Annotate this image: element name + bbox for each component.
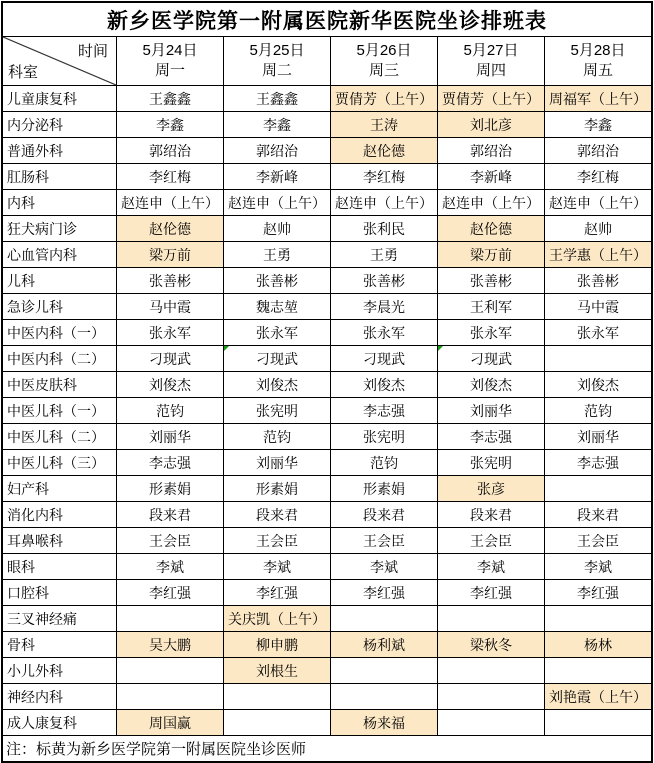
schedule-cell: 范钧	[544, 398, 651, 423]
doctor-name: 王学惠（上午）	[549, 245, 647, 265]
schedule-cell: 形素娟	[223, 476, 330, 501]
schedule-cell: 形素娟	[116, 476, 223, 501]
schedule-cell: 刘俊杰	[223, 372, 330, 397]
doctor-name: 张善彬	[363, 271, 405, 291]
department-cell: 中医内科（一）	[3, 320, 116, 345]
schedule-cell	[223, 710, 330, 735]
doctor-name: 范钧	[370, 453, 398, 473]
schedule-cell: 范钧	[116, 398, 223, 423]
schedule-cell: 刘艳霞（上午）	[544, 684, 651, 709]
schedule-cell	[437, 658, 544, 683]
doctor-name: 张善彬	[256, 271, 298, 291]
doctor-name: 刘俊杰	[470, 375, 512, 395]
doctor-name: 王勇	[263, 245, 291, 265]
header-date-cell: 5月27日周四	[437, 37, 544, 85]
table-row: 口腔科李红强李红强李红强李红强李红强	[3, 579, 651, 605]
corner-time-label: 时间	[78, 40, 108, 61]
schedule-cell: 李志强	[116, 450, 223, 475]
doctor-name: 张永军	[470, 323, 512, 343]
schedule-cell: 李红梅	[116, 164, 223, 189]
schedule-cell: 张宪明	[223, 398, 330, 423]
schedule-cell: 王会臣	[116, 528, 223, 553]
doctor-name: 郭绍治	[577, 141, 619, 161]
doctor-name: 王鑫鑫	[149, 89, 191, 109]
doctor-name: 李晨光	[363, 297, 405, 317]
table-row: 耳鼻喉科王会臣王会臣王会臣王会臣王会臣	[3, 527, 651, 553]
doctor-name: 段来君	[577, 505, 619, 525]
header-date: 5月25日	[249, 41, 304, 61]
header-date-cell: 5月25日周二	[223, 37, 330, 85]
schedule-cell: 张利民	[330, 216, 437, 241]
doctor-name: 周福军（上午）	[549, 89, 647, 109]
department-cell: 肛肠科	[3, 164, 116, 189]
doctor-name: 张宪明	[470, 453, 512, 473]
schedule-cell: 张善彬	[116, 268, 223, 293]
doctor-name: 梁万前	[470, 245, 512, 265]
schedule-cell: 刘俊杰	[437, 372, 544, 397]
schedule-cell	[116, 606, 223, 631]
doctor-name: 赵连申（上午）	[335, 193, 433, 213]
header-weekday: 周一	[155, 61, 185, 81]
department-cell: 中医皮肤科	[3, 372, 116, 397]
doctor-name: 赵连申（上午）	[442, 193, 540, 213]
header-weekday: 周四	[476, 61, 506, 81]
doctor-name: 王勇	[370, 245, 398, 265]
schedule-cell: 杨林	[544, 632, 651, 657]
doctor-name: 李斌	[584, 557, 612, 577]
department-cell: 中医内科（二）	[3, 346, 116, 371]
schedule-cell: 刁现武	[437, 346, 544, 371]
schedule-cell: 关庆凯（上午）	[223, 606, 330, 631]
department-cell: 中医儿科（一）	[3, 398, 116, 423]
table-row: 狂犬病门诊赵伦德赵帅张利民赵伦德赵帅	[3, 215, 651, 241]
schedule-cell: 赵连申（上午）	[330, 190, 437, 215]
doctor-name: 王会臣	[363, 531, 405, 551]
doctor-name: 赵伦德	[470, 219, 512, 239]
schedule-cell: 李鑫	[223, 112, 330, 137]
schedule-cell: 王鑫鑫	[116, 86, 223, 111]
table-row: 成人康复科周国赢杨来福	[3, 709, 651, 735]
doctor-name: 吴大鹏	[149, 635, 191, 655]
schedule-cell	[437, 684, 544, 709]
header-row: 时间 科室 5月24日周一5月25日周二5月26日周三5月27日周四5月28日周…	[3, 36, 651, 85]
corner-cell: 时间 科室	[3, 37, 116, 85]
table-row: 妇产科形素娟形素娟形素娟张彦	[3, 475, 651, 501]
table-row: 普通外科郭绍治郭绍治赵伦德郭绍治郭绍治	[3, 137, 651, 163]
doctor-name: 张善彬	[577, 271, 619, 291]
doctor-name: 赵帅	[263, 219, 291, 239]
error-marker-icon	[224, 346, 229, 351]
schedule-cell: 郭绍治	[223, 138, 330, 163]
doctor-name: 李斌	[263, 557, 291, 577]
schedule-cell: 王勇	[223, 242, 330, 267]
schedule-cell: 李新峰	[223, 164, 330, 189]
doctor-name: 李志强	[149, 453, 191, 473]
schedule-cell	[544, 476, 651, 501]
schedule-cell	[437, 606, 544, 631]
doctor-name: 李红强	[256, 583, 298, 603]
doctor-name: 王会臣	[256, 531, 298, 551]
schedule-cell: 赵连申（上午）	[223, 190, 330, 215]
schedule-cell: 王利军	[437, 294, 544, 319]
schedule-cell: 刘俊杰	[330, 372, 437, 397]
doctor-name: 刘丽华	[256, 453, 298, 473]
schedule-cell: 段来君	[223, 502, 330, 527]
schedule-cell: 刘根生	[223, 658, 330, 683]
doctor-name: 刘俊杰	[256, 375, 298, 395]
schedule-cell: 张宪明	[437, 450, 544, 475]
schedule-cell	[223, 684, 330, 709]
schedule-cell	[544, 606, 651, 631]
header-date-cell: 5月24日周一	[116, 37, 223, 85]
doctor-name: 周国赢	[149, 713, 191, 733]
doctor-name: 刘俊杰	[149, 375, 191, 395]
doctor-name: 李斌	[156, 557, 184, 577]
schedule-cell: 段来君	[116, 502, 223, 527]
schedule-cell: 赵帅	[544, 216, 651, 241]
schedule-cell: 贾倩芳（上午）	[330, 86, 437, 111]
doctor-name: 形素娟	[149, 479, 191, 499]
schedule-cell: 吴大鹏	[116, 632, 223, 657]
table-row: 心血管内科梁万前王勇王勇梁万前王学惠（上午）	[3, 241, 651, 267]
doctor-name: 形素娟	[363, 479, 405, 499]
schedule-cell: 梁秋冬	[437, 632, 544, 657]
doctor-name: 郭绍治	[149, 141, 191, 161]
doctor-name: 李斌	[477, 557, 505, 577]
table-row: 中医皮肤科刘俊杰刘俊杰刘俊杰刘俊杰刘俊杰	[3, 371, 651, 397]
table-row: 肛肠科李红梅李新峰李红梅李新峰李红梅	[3, 163, 651, 189]
schedule-cell	[330, 684, 437, 709]
schedule-cell: 张永军	[116, 320, 223, 345]
schedule-cell: 王会臣	[544, 528, 651, 553]
schedule-cell	[544, 346, 651, 371]
schedule-cell: 王会臣	[223, 528, 330, 553]
schedule-cell: 段来君	[544, 502, 651, 527]
doctor-name: 李红梅	[577, 167, 619, 187]
doctor-name: 刁现武	[363, 349, 405, 369]
table-row: 中医儿科（三）李志强刘丽华范钧张宪明李志强	[3, 449, 651, 475]
schedule-cell: 李志强	[437, 424, 544, 449]
table-row: 消化内科段来君段来君段来君段来君段来君	[3, 501, 651, 527]
schedule-cell: 张彦	[437, 476, 544, 501]
schedule-cell: 王勇	[330, 242, 437, 267]
doctor-name: 范钧	[263, 427, 291, 447]
schedule-cell: 刁现武	[223, 346, 330, 371]
header-weekday: 周三	[369, 61, 399, 81]
doctor-name: 贾倩芳（上午）	[442, 89, 540, 109]
doctor-name: 李志强	[363, 401, 405, 421]
table-row: 内科赵连申（上午）赵连申（上午）赵连申（上午）赵连申（上午）赵连申（上午）	[3, 189, 651, 215]
schedule-cell: 李晨光	[330, 294, 437, 319]
doctor-name: 杨林	[584, 635, 612, 655]
schedule-cell: 李红梅	[544, 164, 651, 189]
schedule-cell: 杨利斌	[330, 632, 437, 657]
doctor-name: 张宪明	[363, 427, 405, 447]
schedule-cell: 李红强	[223, 580, 330, 605]
doctor-name: 王利军	[470, 297, 512, 317]
schedule-cell: 王学惠（上午）	[544, 242, 651, 267]
department-cell: 眼科	[3, 554, 116, 579]
schedule-cell	[544, 658, 651, 683]
department-cell: 心血管内科	[3, 242, 116, 267]
schedule-cell: 李斌	[330, 554, 437, 579]
doctor-name: 柳申鹏	[256, 635, 298, 655]
doctor-name: 贾倩芳（上午）	[335, 89, 433, 109]
schedule-cell: 马中霞	[116, 294, 223, 319]
schedule-cell: 贾倩芳（上午）	[437, 86, 544, 111]
header-date: 5月28日	[570, 41, 625, 61]
table-row: 眼科李斌李斌李斌李斌李斌	[3, 553, 651, 579]
corner-dept-label: 科室	[8, 61, 38, 82]
table-row: 神经内科刘艳霞（上午）	[3, 683, 651, 709]
schedule-cell: 赵连申（上午）	[116, 190, 223, 215]
schedule-cell	[116, 684, 223, 709]
schedule-cell: 李红梅	[330, 164, 437, 189]
schedule-cell: 刁现武	[330, 346, 437, 371]
schedule-cell: 周国赢	[116, 710, 223, 735]
schedule-cell: 李新峰	[437, 164, 544, 189]
schedule-cell: 张善彬	[223, 268, 330, 293]
error-marker-icon	[438, 346, 443, 351]
department-cell: 普通外科	[3, 138, 116, 163]
schedule-cell: 张永军	[437, 320, 544, 345]
table-row: 儿童康复科王鑫鑫王鑫鑫贾倩芳（上午）贾倩芳（上午）周福军（上午）	[3, 85, 651, 111]
doctor-name: 郭绍治	[470, 141, 512, 161]
doctor-name: 王涛	[370, 115, 398, 135]
doctor-name: 赵伦德	[363, 141, 405, 161]
department-cell: 急诊儿科	[3, 294, 116, 319]
header-date-cell: 5月26日周三	[330, 37, 437, 85]
doctor-name: 梁秋冬	[470, 635, 512, 655]
table-body: 儿童康复科王鑫鑫王鑫鑫贾倩芳（上午）贾倩芳（上午）周福军（上午）内分泌科李鑫李鑫…	[3, 85, 651, 735]
header-weekday: 周五	[583, 61, 613, 81]
schedule-cell: 张善彬	[330, 268, 437, 293]
schedule-cell	[437, 710, 544, 735]
header-date: 5月27日	[463, 41, 518, 61]
doctor-name: 赵连申（上午）	[228, 193, 326, 213]
schedule-cell: 段来君	[330, 502, 437, 527]
doctor-name: 李红强	[577, 583, 619, 603]
department-cell: 小儿外科	[3, 658, 116, 683]
schedule-cell: 王会臣	[330, 528, 437, 553]
table-row: 内分泌科李鑫李鑫王涛刘北彦李鑫	[3, 111, 651, 137]
doctor-name: 张利民	[363, 219, 405, 239]
doctor-name: 刘俊杰	[577, 375, 619, 395]
schedule-cell: 李鑫	[116, 112, 223, 137]
department-cell: 耳鼻喉科	[3, 528, 116, 553]
schedule-cell: 李红强	[116, 580, 223, 605]
schedule-cell: 刘丽华	[544, 424, 651, 449]
schedule-cell: 李志强	[544, 450, 651, 475]
schedule-cell: 李斌	[223, 554, 330, 579]
doctor-name: 范钧	[156, 401, 184, 421]
doctor-name: 刘北彦	[470, 115, 512, 135]
doctor-name: 李志强	[470, 427, 512, 447]
schedule-cell: 刘丽华	[223, 450, 330, 475]
schedule-cell: 刁现武	[116, 346, 223, 371]
department-cell: 消化内科	[3, 502, 116, 527]
doctor-name: 魏志堃	[256, 297, 298, 317]
doctor-name: 刘丽华	[470, 401, 512, 421]
schedule-cell: 赵伦德	[437, 216, 544, 241]
schedule-cell: 王会臣	[437, 528, 544, 553]
schedule-cell: 周福军（上午）	[544, 86, 651, 111]
doctor-name: 范钧	[584, 401, 612, 421]
schedule-cell: 赵伦德	[116, 216, 223, 241]
schedule-cell: 刘俊杰	[544, 372, 651, 397]
schedule-cell: 李斌	[544, 554, 651, 579]
doctor-name: 李新峰	[256, 167, 298, 187]
department-cell: 成人康复科	[3, 710, 116, 735]
header-date: 5月24日	[142, 41, 197, 61]
doctor-name: 张永军	[149, 323, 191, 343]
schedule-cell: 张永军	[330, 320, 437, 345]
doctor-name: 张善彬	[149, 271, 191, 291]
doctor-name: 刘根生	[256, 661, 298, 681]
doctor-name: 刁现武	[470, 349, 512, 369]
doctor-name: 马中霞	[149, 297, 191, 317]
schedule-cell: 张永军	[223, 320, 330, 345]
doctor-name: 刘艳霞（上午）	[549, 687, 647, 707]
doctor-name: 李红强	[363, 583, 405, 603]
doctor-name: 李鑫	[263, 115, 291, 135]
table-row: 骨科吴大鹏柳申鹏杨利斌梁秋冬杨林	[3, 631, 651, 657]
doctor-name: 马中霞	[577, 297, 619, 317]
doctor-name: 赵帅	[584, 219, 612, 239]
doctor-name: 形素娟	[256, 479, 298, 499]
schedule-cell: 李红强	[437, 580, 544, 605]
doctor-name: 段来君	[470, 505, 512, 525]
schedule-cell: 李志强	[330, 398, 437, 423]
schedule-cell: 刘丽华	[116, 424, 223, 449]
doctor-name: 李鑫	[584, 115, 612, 135]
schedule-cell: 马中霞	[544, 294, 651, 319]
department-cell: 儿科	[3, 268, 116, 293]
doctor-name: 张宪明	[256, 401, 298, 421]
doctor-name: 张善彬	[470, 271, 512, 291]
doctor-name: 段来君	[149, 505, 191, 525]
schedule-cell: 李斌	[437, 554, 544, 579]
department-cell: 中医儿科（二）	[3, 424, 116, 449]
schedule-cell: 张永军	[544, 320, 651, 345]
schedule-cell: 刘丽华	[437, 398, 544, 423]
doctor-name: 李红强	[470, 583, 512, 603]
schedule-cell	[116, 658, 223, 683]
header-date-cell: 5月28日周五	[544, 37, 651, 85]
schedule-cell: 赵帅	[223, 216, 330, 241]
doctor-name: 李红强	[149, 583, 191, 603]
header-date: 5月26日	[356, 41, 411, 61]
doctor-name: 王鑫鑫	[256, 89, 298, 109]
schedule-cell: 郭绍治	[116, 138, 223, 163]
doctor-name: 李红梅	[363, 167, 405, 187]
schedule-cell: 张宪明	[330, 424, 437, 449]
department-cell: 神经内科	[3, 684, 116, 709]
schedule-cell: 李红强	[544, 580, 651, 605]
schedule-table: 新乡医学院第一附属医院新华医院坐诊排班表 时间 科室 5月24日周一5月25日周…	[1, 1, 653, 763]
doctor-name: 李红梅	[149, 167, 191, 187]
doctor-name: 李斌	[370, 557, 398, 577]
schedule-cell: 王鑫鑫	[223, 86, 330, 111]
schedule-cell: 张善彬	[437, 268, 544, 293]
table-row: 中医儿科（二）刘丽华范钧张宪明李志强刘丽华	[3, 423, 651, 449]
schedule-cell: 梁万前	[116, 242, 223, 267]
department-cell: 内分泌科	[3, 112, 116, 137]
doctor-name: 刘丽华	[577, 427, 619, 447]
schedule-cell: 形素娟	[330, 476, 437, 501]
table-row: 儿科张善彬张善彬张善彬张善彬张善彬	[3, 267, 651, 293]
table-row: 小儿外科刘根生	[3, 657, 651, 683]
doctor-name: 赵伦德	[149, 219, 191, 239]
department-cell: 狂犬病门诊	[3, 216, 116, 241]
doctor-name: 李鑫	[156, 115, 184, 135]
schedule-cell	[544, 710, 651, 735]
doctor-name: 王会臣	[149, 531, 191, 551]
schedule-cell: 李斌	[116, 554, 223, 579]
doctor-name: 赵连申（上午）	[121, 193, 219, 213]
schedule-cell: 范钧	[330, 450, 437, 475]
table-row: 中医内科（二）刁现武刁现武刁现武刁现武	[3, 345, 651, 371]
table-row: 中医儿科（一）范钧张宪明李志强刘丽华范钧	[3, 397, 651, 423]
doctor-name: 张永军	[363, 323, 405, 343]
schedule-cell: 赵连申（上午）	[544, 190, 651, 215]
schedule-cell	[330, 658, 437, 683]
schedule-cell: 刘俊杰	[116, 372, 223, 397]
doctor-name: 王会臣	[577, 531, 619, 551]
schedule-cell: 王涛	[330, 112, 437, 137]
doctor-name: 张永军	[577, 323, 619, 343]
schedule-cell: 柳申鹏	[223, 632, 330, 657]
doctor-name: 郭绍治	[256, 141, 298, 161]
legend-note: 注：标黄为新乡医学院第一附属医院坐诊医师	[3, 735, 651, 761]
department-cell: 三叉神经痛	[3, 606, 116, 631]
schedule-cell: 魏志堃	[223, 294, 330, 319]
department-cell: 妇产科	[3, 476, 116, 501]
department-cell: 骨科	[3, 632, 116, 657]
doctor-name: 李新峰	[470, 167, 512, 187]
doctor-name: 张永军	[256, 323, 298, 343]
schedule-cell: 范钧	[223, 424, 330, 449]
schedule-cell: 赵连申（上午）	[437, 190, 544, 215]
table-row: 急诊儿科马中霞魏志堃李晨光王利军马中霞	[3, 293, 651, 319]
doctor-name: 赵连申（上午）	[549, 193, 647, 213]
table-row: 中医内科（一）张永军张永军张永军张永军张永军	[3, 319, 651, 345]
doctor-name: 杨来福	[363, 713, 405, 733]
schedule-cell: 郭绍治	[437, 138, 544, 163]
doctor-name: 刘俊杰	[363, 375, 405, 395]
page-title: 新乡医学院第一附属医院新华医院坐诊排班表	[3, 3, 651, 36]
doctor-name: 刘丽华	[149, 427, 191, 447]
doctor-name: 杨利斌	[363, 635, 405, 655]
header-weekday: 周二	[262, 61, 292, 81]
doctor-name: 刁现武	[149, 349, 191, 369]
department-cell: 口腔科	[3, 580, 116, 605]
doctor-name: 李志强	[577, 453, 619, 473]
department-cell: 中医儿科（三）	[3, 450, 116, 475]
schedule-cell: 刘北彦	[437, 112, 544, 137]
department-cell: 内科	[3, 190, 116, 215]
doctor-name: 关庆凯（上午）	[228, 609, 326, 629]
doctor-name: 段来君	[363, 505, 405, 525]
schedule-cell: 杨来福	[330, 710, 437, 735]
doctor-name: 张彦	[477, 479, 505, 499]
schedule-cell	[330, 606, 437, 631]
department-cell: 儿童康复科	[3, 86, 116, 111]
schedule-cell: 梁万前	[437, 242, 544, 267]
schedule-cell: 段来君	[437, 502, 544, 527]
schedule-cell: 李红强	[330, 580, 437, 605]
doctor-name: 梁万前	[149, 245, 191, 265]
